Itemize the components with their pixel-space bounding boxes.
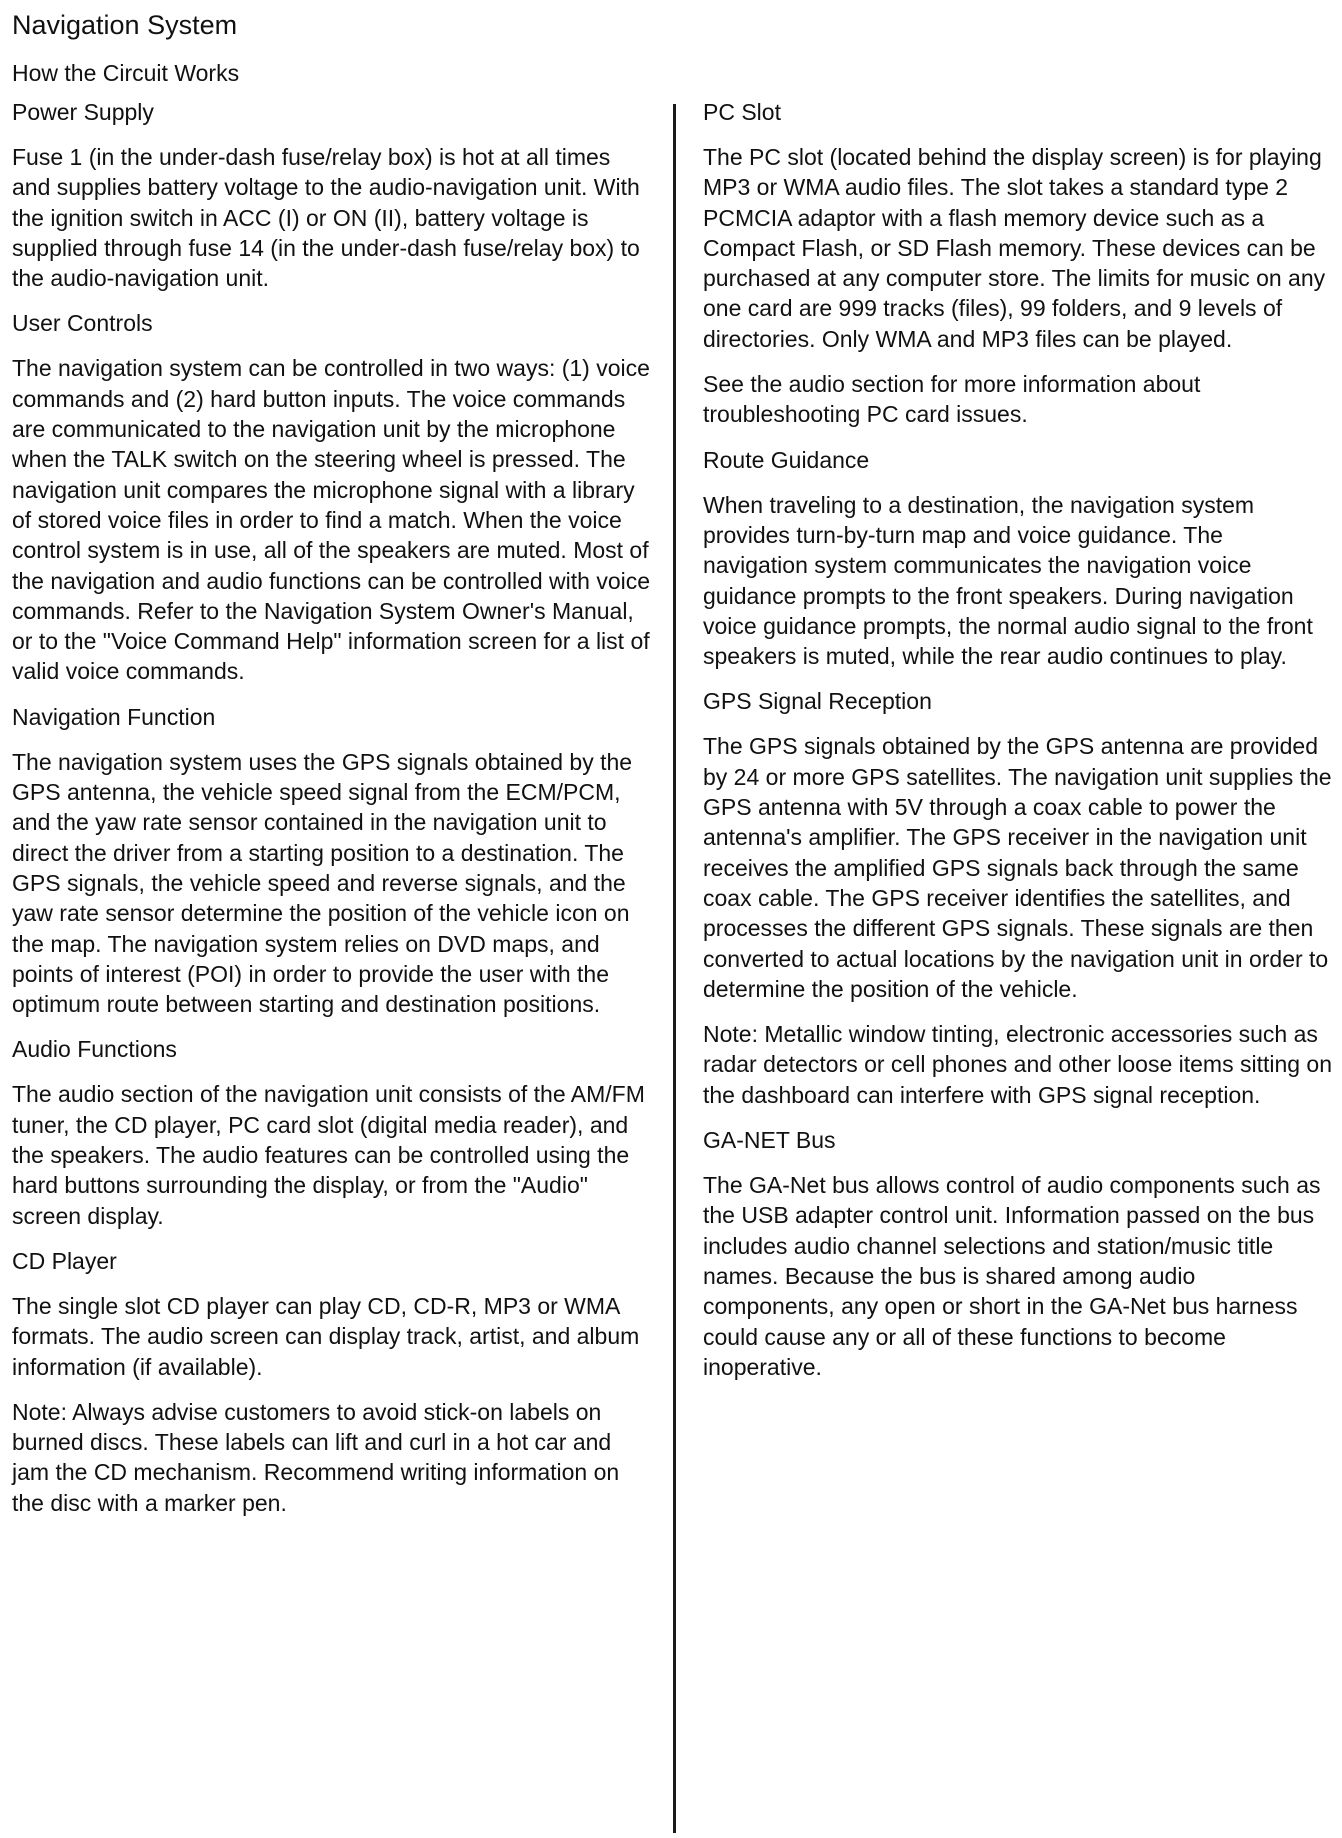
section-pc-slot: PC Slot The PC slot (located behind the … [703, 97, 1333, 430]
page-subtitle: How the Circuit Works [12, 58, 239, 88]
section-route-guidance: Route Guidance When traveling to a desti… [703, 445, 1333, 672]
paragraph: Fuse 1 (in the under-dash fuse/relay box… [12, 142, 652, 293]
paragraph: The GPS signals obtained by the GPS ante… [703, 731, 1333, 1004]
paragraph: The navigation system uses the GPS signa… [12, 747, 652, 1020]
section-heading: Navigation Function [12, 702, 652, 732]
section-heading: CD Player [12, 1246, 652, 1276]
paragraph: The GA-Net bus allows control of audio c… [703, 1170, 1333, 1382]
section-power-supply: Power Supply Fuse 1 (in the under-dash f… [12, 97, 652, 293]
section-heading: Route Guidance [703, 445, 1333, 475]
section-navigation-function: Navigation Function The navigation syste… [12, 702, 652, 1020]
paragraph: When traveling to a destination, the nav… [703, 490, 1333, 672]
section-heading: Audio Functions [12, 1034, 652, 1064]
paragraph: The navigation system can be controlled … [12, 353, 652, 686]
left-column: Power Supply Fuse 1 (in the under-dash f… [12, 97, 652, 1533]
section-gps-signal-reception: GPS Signal Reception The GPS signals obt… [703, 686, 1333, 1110]
section-cd-player: CD Player The single slot CD player can … [12, 1246, 652, 1518]
note-paragraph: Note: Metallic window tinting, electroni… [703, 1019, 1333, 1110]
right-column: PC Slot The PC slot (located behind the … [703, 97, 1333, 1397]
section-heading: PC Slot [703, 97, 1333, 127]
column-divider [673, 104, 676, 1833]
section-ga-net-bus: GA-NET Bus The GA-Net bus allows control… [703, 1125, 1333, 1382]
section-heading: User Controls [12, 308, 652, 338]
paragraph: See the audio section for more informati… [703, 369, 1333, 430]
page-title: Navigation System [12, 8, 237, 42]
section-user-controls: User Controls The navigation system can … [12, 308, 652, 686]
paragraph: The audio section of the navigation unit… [12, 1079, 652, 1230]
note-paragraph: Note: Always advise customers to avoid s… [12, 1397, 652, 1518]
section-heading: Power Supply [12, 97, 652, 127]
section-heading: GPS Signal Reception [703, 686, 1333, 716]
section-audio-functions: Audio Functions The audio section of the… [12, 1034, 652, 1230]
paragraph: The single slot CD player can play CD, C… [12, 1291, 652, 1382]
paragraph: The PC slot (located behind the display … [703, 142, 1333, 354]
section-heading: GA-NET Bus [703, 1125, 1333, 1155]
